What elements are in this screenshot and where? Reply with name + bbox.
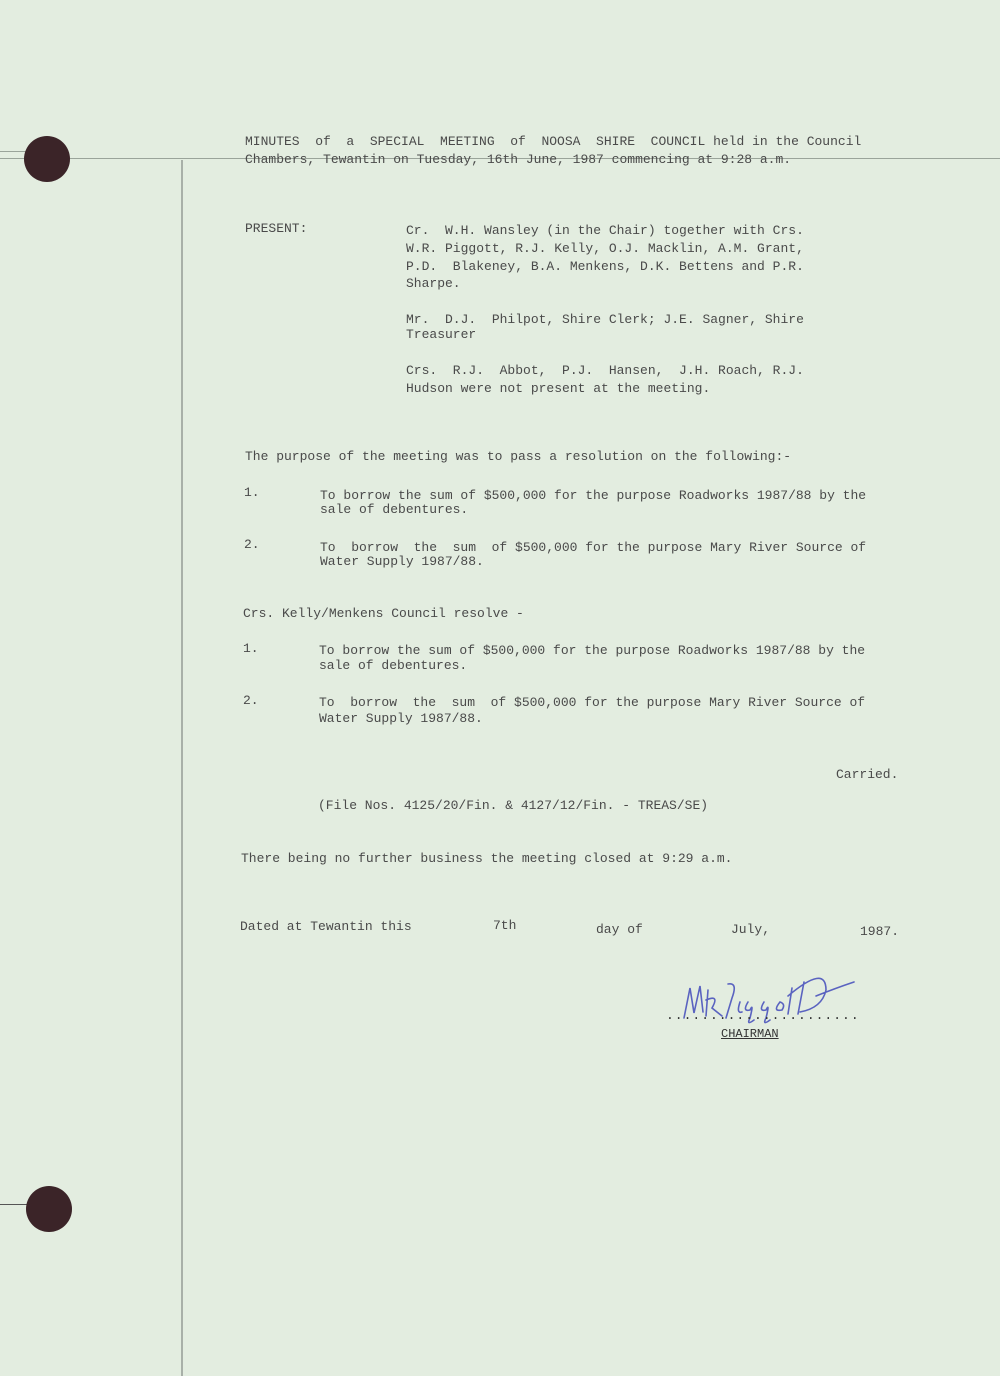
binder-hole-top: [24, 136, 70, 182]
purpose-intro: The purpose of the meeting was to pass a…: [245, 448, 791, 465]
signature-line: ......................: [666, 1007, 860, 1024]
resolution-item-text: To borrow the sum of $500,000 for the pu…: [319, 694, 865, 711]
resolution-intro: Crs. Kelly/Menkens Council resolve -: [243, 605, 524, 622]
left-margin-rule: [181, 160, 183, 1376]
present-line: Sharpe.: [406, 275, 461, 292]
present-line: P.D. Blakeney, B.A. Menkens, D.K. Betten…: [406, 258, 804, 275]
carried-status: Carried.: [836, 766, 898, 783]
binder-hole-tie: [0, 1204, 28, 1205]
present-line: W.R. Piggott, R.J. Kelly, O.J. Macklin, …: [406, 240, 804, 257]
dated-day-of: day of: [596, 921, 643, 938]
resolution-item-text: Water Supply 1987/88.: [319, 710, 483, 727]
present-line: Cr. W.H. Wansley (in the Chair) together…: [406, 222, 804, 239]
minutes-title-line-1: MINUTES of a SPECIAL MEETING of NOOSA SH…: [245, 133, 861, 150]
purpose-item-text: sale of debentures.: [320, 501, 468, 518]
resolution-item-text: sale of debentures.: [319, 657, 467, 674]
officers-line: Treasurer: [406, 326, 476, 343]
purpose-item-text: Water Supply 1987/88.: [320, 553, 484, 570]
dated-year: 1987.: [860, 923, 899, 940]
dated-month: July,: [731, 921, 770, 938]
file-reference: (File Nos. 4125/20/Fin. & 4127/12/Fin. -…: [318, 797, 708, 814]
resolution-item-number: 2.: [243, 692, 259, 709]
resolution-item-number: 1.: [243, 640, 259, 657]
minutes-page: MINUTES of a SPECIAL MEETING of NOOSA SH…: [0, 0, 1000, 1376]
purpose-item-number: 1.: [244, 484, 260, 501]
dated-prefix: Dated at Tewantin this: [240, 918, 412, 935]
binder-hole-bottom: [26, 1186, 72, 1232]
absent-line: Hudson were not present at the meeting.: [406, 380, 710, 397]
present-label: PRESENT:: [245, 220, 307, 237]
chairman-title: CHAIRMAN: [721, 1026, 779, 1043]
minutes-title-line-2: Chambers, Tewantin on Tuesday, 16th June…: [245, 151, 791, 168]
purpose-item-number: 2.: [244, 536, 260, 553]
closing-statement: There being no further business the meet…: [241, 850, 732, 867]
absent-line: Crs. R.J. Abbot, P.J. Hansen, J.H. Roach…: [406, 362, 804, 379]
dated-day: 7th: [493, 917, 516, 934]
